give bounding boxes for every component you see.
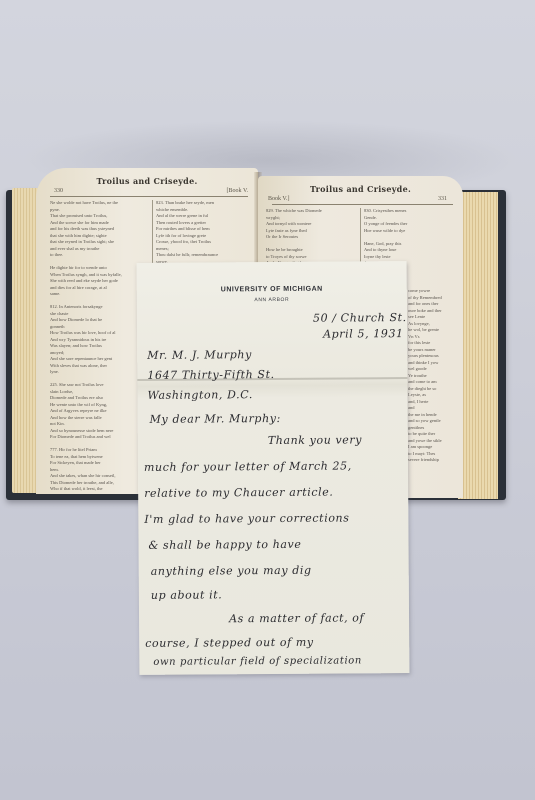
header-rule [50, 196, 248, 197]
header-rule [272, 204, 453, 205]
letter-date: April 5, 1931 [323, 327, 404, 341]
right-running-head: Troilus and Criseyde. [258, 184, 463, 194]
recipient-street: 1647 Thirty-Fifth St. [147, 368, 274, 382]
handwritten-letter: UNIVERSITY OF MICHIGAN ANN ARBOR 50 / Ch… [137, 261, 410, 675]
body-line: own particular field of specialization [153, 655, 362, 667]
left-page-number: 330 [54, 188, 63, 194]
body-line: As a matter of fact, of [229, 611, 364, 625]
text-line: sory. [50, 493, 150, 495]
right-book-marker: Book V.] [268, 196, 289, 202]
body-line: up about it. [151, 588, 223, 601]
letterhead-institution: UNIVERSITY OF MICHIGAN [137, 285, 407, 294]
body-line: I'm glad to have your corrections [144, 511, 349, 525]
letterhead-city: ANN ARBOR [137, 296, 407, 304]
body-line: anything else you may dig [151, 564, 312, 578]
body-line: relative to my Chaucer article. [144, 486, 333, 500]
recipient-name: Mr. M. J. Murphy [147, 348, 252, 362]
right-page-number: 331 [438, 196, 447, 202]
left-running-head: Troilus and Criseyde. [36, 176, 258, 186]
body-line: course, I stepped out of my [145, 636, 314, 650]
left-book-marker: [Book V. [227, 188, 248, 194]
page-edges-right [458, 192, 498, 499]
recipient-city: Washington, D.C. [147, 388, 253, 402]
salutation: My dear Mr. Murphy: [150, 412, 281, 426]
body-line: Thank you very [268, 433, 362, 447]
left-page-column-1: Ne she wolde not have Troilus, ne thepyn… [50, 200, 150, 494]
text-line: severe friendship [408, 457, 458, 464]
body-line: & shall be happy to have [148, 538, 301, 552]
right-page-margin-text: come yowreof thy Remembredand for ones t… [408, 288, 458, 464]
return-address: 50 / Church St. [313, 311, 407, 325]
body-line: much for your letter of March 25, [144, 459, 352, 473]
